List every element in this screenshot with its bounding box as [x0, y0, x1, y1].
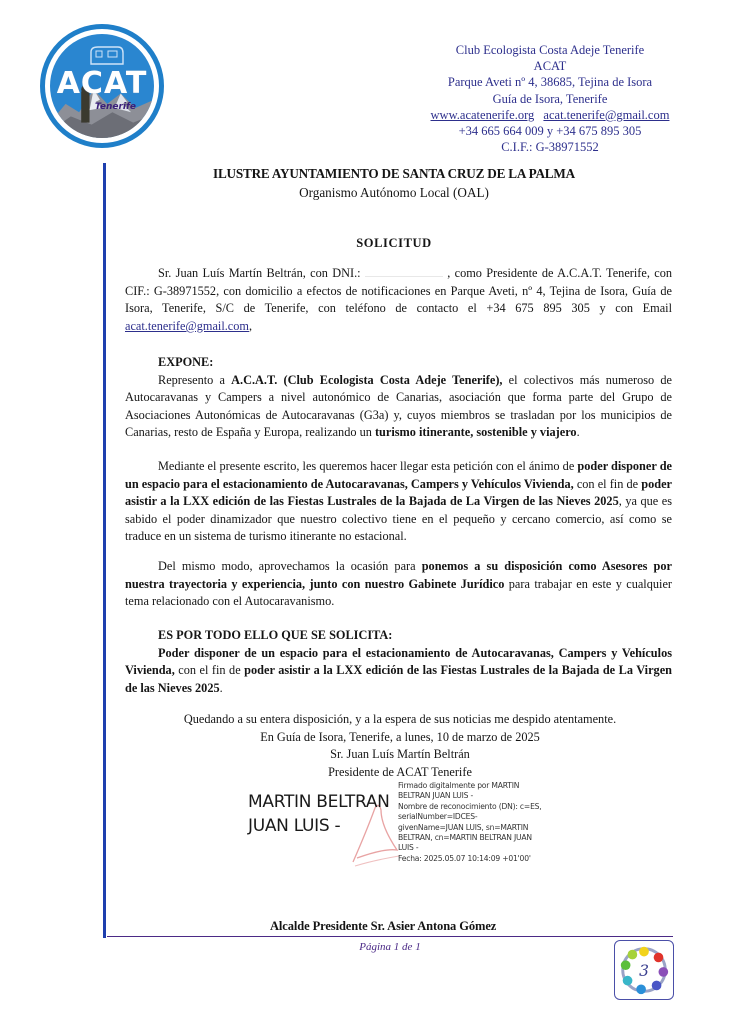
svg-text:3: 3: [639, 962, 649, 980]
expone-heading: EXPONE:: [125, 354, 672, 372]
signature-detail-line: serialNumber=IDCES-: [398, 812, 558, 822]
letterhead-contact: Club Ecologista Costa Adeje Tenerife ACA…: [400, 42, 700, 155]
signature-detail-line: givenName=JUAN LUIS, sn=MARTIN: [398, 823, 558, 833]
signature-detail-line: BELTRAN, cn=MARTIN BELTRAN JUAN: [398, 833, 558, 843]
petition-text-1: Mediante el presente escrito, les querem…: [158, 459, 577, 473]
website-link[interactable]: www.acatenerife.org: [431, 108, 535, 122]
digital-signature-name[interactable]: MARTIN BELTRAN JUAN LUIS -: [248, 790, 398, 838]
solicita-heading: ES POR TODO ELLO QUE SE SOLICITA:: [125, 627, 672, 645]
redacted-dni: [365, 275, 443, 277]
g3a-partner-logo: 3: [614, 940, 674, 1000]
org-name: Club Ecologista Costa Adeje Tenerife: [400, 42, 700, 58]
g3a-emblem-icon: 3: [615, 941, 673, 999]
org-links: www.acatenerife.org acat.tenerife@gmail.…: [400, 107, 700, 123]
signature-detail-line: Nombre de reconocimiento (DN): c=ES,: [398, 802, 558, 812]
closing-place-date: En Guía de Isora, Tenerife, a lunes, 10 …: [120, 729, 680, 747]
solicita-paragraph: Poder disponer de un espacio para el est…: [125, 645, 672, 698]
email-link[interactable]: acat.tenerife@gmail.com: [543, 108, 669, 122]
solicita-text-1: con el fin de: [175, 663, 244, 677]
org-cif: C.I.F.: G-38971552: [400, 139, 700, 155]
intro-email-link[interactable]: acat.tenerife@gmail.com: [125, 319, 249, 333]
signature-name-line1: MARTIN BELTRAN: [248, 790, 398, 814]
addressee-subtitle: Organismo Autónomo Local (OAL): [120, 183, 668, 202]
solicita-text-2: .: [220, 681, 223, 695]
signature-name-line2: JUAN LUIS -: [248, 814, 398, 838]
logo-acat-text: ACAT: [50, 66, 154, 101]
advisors-paragraph: Del mismo modo, aprovechamos la ocasión …: [125, 558, 672, 611]
expone-paragraph: Represento a A.C.A.T. (Club Ecologista C…: [125, 372, 672, 442]
expone-bold-2: turismo itinerante, sostenible y viajero: [375, 425, 577, 439]
org-phones: +34 665 664 009 y +34 675 895 305: [400, 123, 700, 139]
intro-text-1: Sr. Juan Luís Martín Beltrán, con DNI.:: [158, 266, 365, 280]
closing-block: Quedando a su entera disposición, y a la…: [120, 711, 680, 781]
intro-text-3: ,: [249, 319, 252, 333]
closing-farewell: Quedando a su entera disposición, y a la…: [120, 711, 680, 729]
petition-paragraph: Mediante el presente escrito, les querem…: [125, 458, 672, 546]
page-number: Página 1 de 1: [320, 939, 460, 957]
org-acronym: ACAT: [400, 58, 700, 74]
intro-paragraph: Sr. Juan Luís Martín Beltrán, con DNI.: …: [125, 265, 672, 335]
addressee-name: ILUSTRE AYUNTAMIENTO DE SANTA CRUZ DE LA…: [120, 164, 668, 183]
document-title: SOLICITUD: [120, 235, 668, 253]
signature-detail-line: BELTRAN JUAN LUIS -: [398, 791, 558, 801]
camper-van-outline-icon: [88, 44, 126, 68]
logo-tenerife-text: Tenerife: [95, 102, 136, 112]
closing-signer-role: Presidente de ACAT Tenerife: [120, 764, 680, 782]
addressee-block: ILUSTRE AYUNTAMIENTO DE SANTA CRUZ DE LA…: [120, 164, 668, 202]
acat-logo: ACAT Tenerife: [40, 24, 164, 148]
expone-section: EXPONE: Represento a A.C.A.T. (Club Ecol…: [125, 354, 672, 442]
left-margin-rule: [103, 163, 106, 938]
org-address-line1: Parque Aveti nº 4, 38685, Tejina de Isor…: [400, 74, 700, 90]
expone-text-1: Represento a: [158, 373, 231, 387]
closing-signer-name: Sr. Juan Luís Martín Beltrán: [120, 746, 680, 764]
signature-date: Fecha: 2025.05.07 10:14:09 +01'00': [398, 854, 558, 864]
signature-detail-line: LUIS -: [398, 843, 558, 853]
recipient-name: Alcalde Presidente Sr. Asier Antona Góme…: [270, 918, 570, 936]
expone-text-3: .: [577, 425, 580, 439]
signature-detail-line: Firmado digitalmente por MARTIN: [398, 781, 558, 791]
petition-text-2: con el fin de: [574, 477, 642, 491]
footer-rule: [107, 936, 673, 937]
logo-badge: ACAT Tenerife: [50, 34, 154, 138]
expone-bold-1: A.C.A.T. (Club Ecologista Costa Adeje Te…: [231, 373, 502, 387]
org-address-line2: Guía de Isora, Tenerife: [400, 91, 700, 107]
advisors-text-1: Del mismo modo, aprovechamos la ocasión …: [158, 559, 422, 573]
digital-signature-details: Firmado digitalmente por MARTIN BELTRAN …: [398, 781, 558, 864]
solicita-section: ES POR TODO ELLO QUE SE SOLICITA: Poder …: [125, 627, 672, 697]
